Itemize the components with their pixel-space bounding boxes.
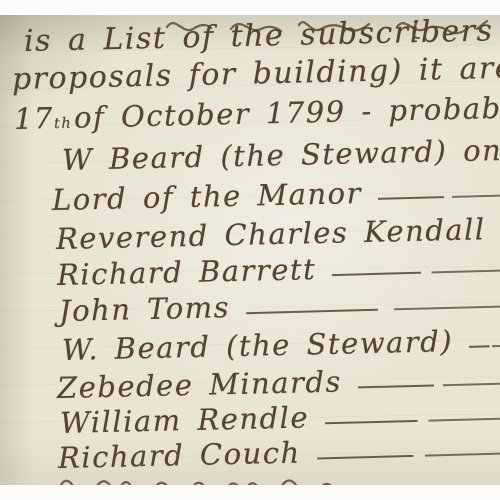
manuscript-line: proposals for building) it are: [12, 51, 500, 97]
ink-rule: [378, 194, 500, 199]
ink-rule: [246, 305, 500, 314]
subscriber-name: John Toms: [59, 290, 231, 328]
ink-rule: [332, 269, 500, 276]
manuscript-paper: is a List of the subscribers ( proposals…: [0, 15, 500, 485]
clipped-handwriting-bottom: [48, 470, 348, 485]
ink-rule: [469, 345, 500, 348]
date-ordinal: th: [54, 116, 73, 132]
top-white-border: [0, 0, 500, 15]
manuscript-line: W Beard (the Steward) on be: [62, 133, 500, 177]
bottom-white-border: [0, 485, 500, 500]
subscriber-name: W. Beard (the Steward): [62, 324, 454, 367]
ink-rule: [358, 382, 500, 388]
ink-rule: [317, 452, 500, 459]
ink-rule: [325, 417, 500, 424]
subscriber-name: William Rendle: [60, 400, 310, 440]
subscriber-row: Lord of the Manor: [52, 173, 500, 217]
subscriber-name: Lord of the Manor: [52, 176, 363, 217]
date-day: 17: [14, 101, 55, 136]
subscriber-name: Zebedee Minards: [57, 365, 343, 405]
subscriber-name: Richard Barrett: [57, 252, 317, 292]
handwritten-text: W Beard (the Steward) on be: [62, 132, 500, 177]
manuscript-date-line: 17th of October 1799 - probable expe: [14, 91, 500, 136]
manuscript-photo: is a List of the subscribers ( proposals…: [0, 0, 500, 500]
handwritten-text: of October 1799 - probable expe: [74, 88, 500, 134]
subscriber-row: W. Beard (the Steward): [62, 323, 500, 367]
